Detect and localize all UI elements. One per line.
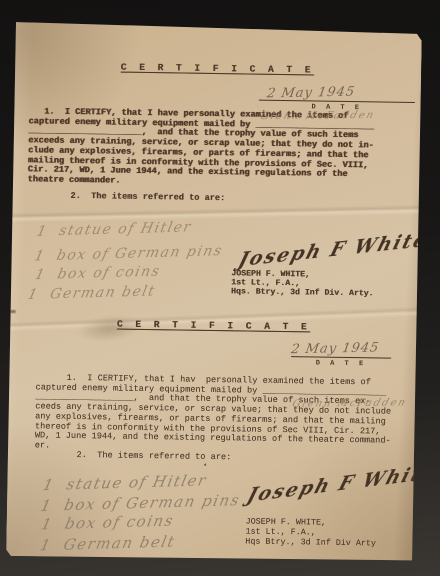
handwritten-item: 1 German belt <box>38 532 177 554</box>
certificate-2-body: 1. I CERTIFY, that I hav personally exam… <box>35 373 414 456</box>
stray-caret-mark: ▴ <box>203 461 207 468</box>
certificate-1-signature-block: JOSEPH F. WHITE, 1st Lt., F.A., Hqs. Btr… <box>231 269 374 299</box>
certificate-2-mailed-by-handwritten: Glenn McFadden <box>291 397 409 409</box>
certificate-1-signature-handwritten: Joseph F White <box>236 228 431 271</box>
handwritten-item: 1 statue of Hitler <box>41 471 209 494</box>
handwritten-item: 1 statue of Hitler <box>35 219 193 240</box>
certificate-1-heading: C E R T I F I C A T E <box>13 60 421 77</box>
paper-edge-tear <box>8 310 16 313</box>
handwritten-item: 1 box of German pins <box>33 243 224 265</box>
certificate-1-date-handwritten: 2 May 1945 <box>266 83 418 101</box>
signature-line: Hqs. Btry., 3d Inf Div. Arty. <box>231 288 374 299</box>
handwritten-item: 1 box of coins <box>40 511 176 533</box>
certificate-1-mailed-by-handwritten: Glenn McFadden <box>259 110 377 122</box>
certificate-1-items-intro: 2. The items referred to are: <box>70 191 225 203</box>
handwritten-item: 1 box of coins <box>34 263 163 283</box>
document-photo: C E R T I F I C A T E 2 May 1945 D A T E… <box>0 0 440 576</box>
handwritten-item: 1 German belt <box>26 283 157 303</box>
certificate-paper: C E R T I F I C A T E 2 May 1945 D A T E… <box>6 22 422 562</box>
certificate-2-signature-block: JOSEPH F. WHITE, 1st Lt., F.A., Hqs Btry… <box>245 516 376 548</box>
certificate-2-signature-handwritten: Joseph F White <box>244 461 439 508</box>
certificate-2-items-intro: 2. The items referred to are: <box>77 450 232 462</box>
signature-line: Hqs Btry., 3d Inf Div Arty <box>245 536 376 548</box>
certificate-2-date-handwritten: 2 May 1945 <box>290 340 412 357</box>
handwritten-item: 1 box of German pins <box>39 491 242 515</box>
certificate-2-heading: C E R T I F I C A T E <box>9 317 417 334</box>
certificate-2-date-label: D A T E <box>291 359 391 368</box>
